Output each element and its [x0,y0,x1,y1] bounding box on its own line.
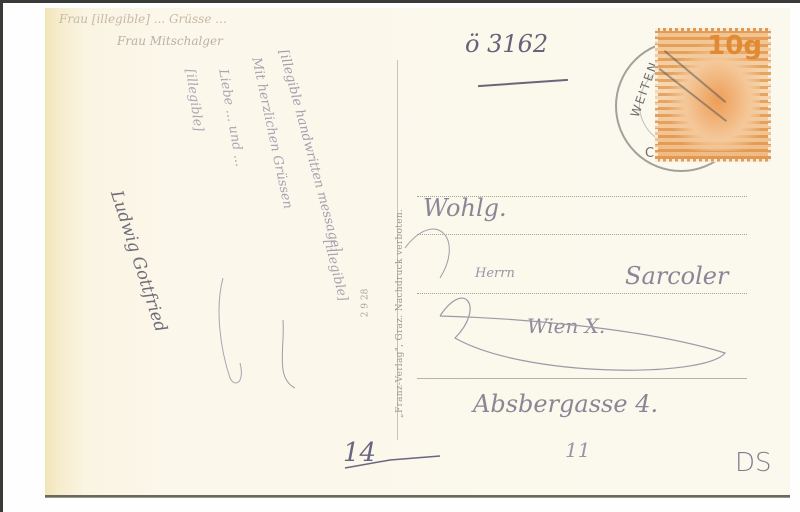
postcard: Frau [illegible] ... Grüsse ... Frau Mit… [45,8,790,497]
handwriting-strokes [45,8,790,495]
scan-border-left [0,0,3,512]
scan-border-top [0,0,800,3]
